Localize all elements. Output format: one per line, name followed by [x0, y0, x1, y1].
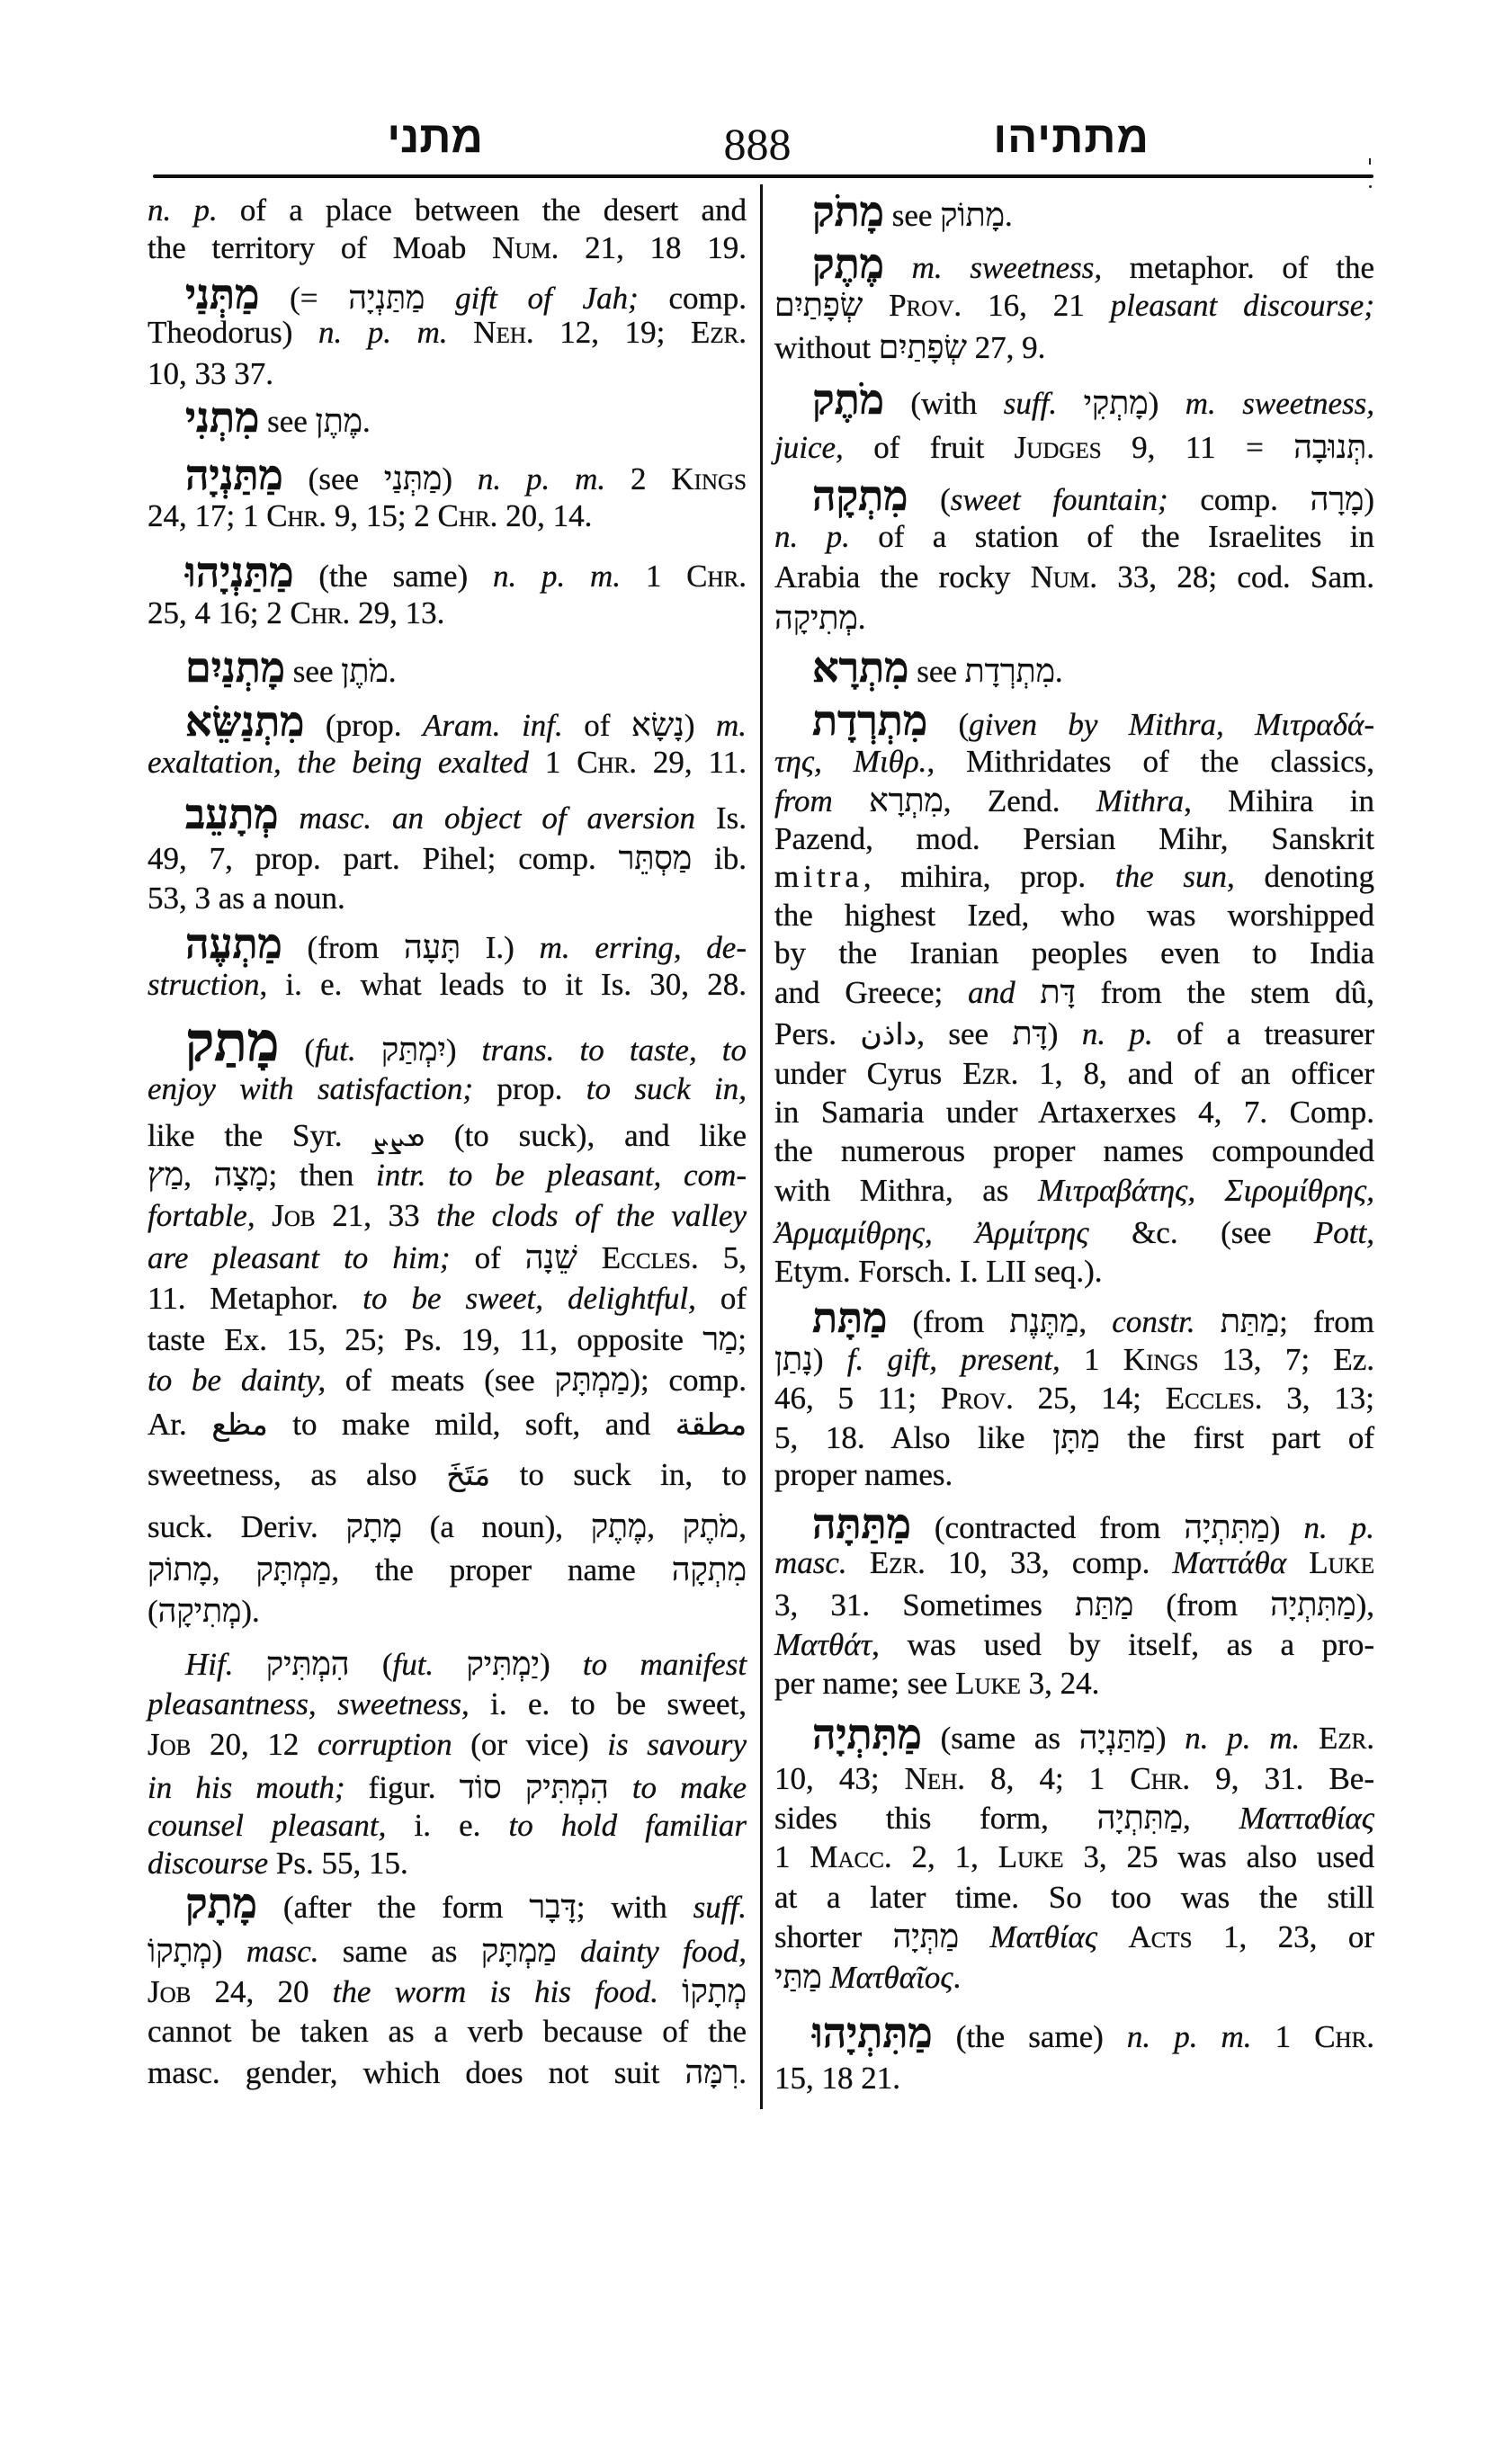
text-line: Ματθάτ, was used by itself, as a pro-	[774, 1625, 1374, 1665]
text-line: fortable, Job 21, 33 the clods of the va…	[148, 1196, 747, 1236]
hebrew-word: מָרָה	[1311, 481, 1364, 517]
text-line: sides this form, מַתִּתְיָה, Ματταθίας	[774, 1798, 1374, 1837]
text-line: and Greece; and דָּת from the stem dû,	[774, 972, 1374, 1012]
arabic-word: مَتَخَ	[446, 1457, 490, 1492]
italic-text: m. sweetness,	[912, 250, 1102, 285]
text-run: at a later time. So too was the still	[774, 1880, 1374, 1915]
text-line: exaltation, the being exalted 1 Chr. 29,…	[148, 743, 747, 782]
headword: מַתַּנְיָה	[185, 452, 283, 498]
text-run: Pers.	[774, 1016, 860, 1051]
text-line: cannot be taken as a verb because of the	[148, 2012, 747, 2052]
text-run: )	[1048, 1016, 1082, 1051]
text-line: 53, 3 as a noun.	[148, 879, 747, 918]
text-run: of a treasurer	[1153, 1016, 1374, 1051]
text-run: to make mild, soft, and	[268, 1407, 675, 1442]
text-run: the first part of	[1100, 1420, 1374, 1455]
text-run: , Mihira in	[1184, 783, 1374, 818]
text-run: , Zend.	[944, 783, 1096, 818]
headword: מִתְרְדָת	[812, 698, 927, 744]
text-line: masc. Ezr. 10, 33, comp. Ματτάθα Luke	[774, 1543, 1374, 1583]
text-run: 46, 5 11;	[774, 1381, 941, 1416]
entry-start-line: מַתָּת (from מַתֶּנֶת, constr. מַתַּת; f…	[774, 1299, 1374, 1338]
hebrew-word: מִתְרָא	[869, 782, 944, 818]
text-run: 10, 33, comp.	[926, 1545, 1173, 1580]
text-run	[833, 783, 869, 818]
italic-text: m. erring, de-	[540, 930, 747, 965]
italic-text: corruption	[318, 1727, 452, 1762]
italic-text: Pott,	[1314, 1215, 1374, 1250]
text-run: Pazend, mod. Persian Mihr, Sanskrit	[774, 821, 1374, 856]
italic-text: Ματθαῖος	[829, 1960, 953, 1995]
italic-text: Ματτάθα	[1173, 1545, 1287, 1580]
text-run: 1	[774, 1839, 810, 1874]
hebrew-word: מַר	[702, 1321, 738, 1357]
italic-text: Ἀρμαμίθρης, Ἀρμίτρης	[774, 1215, 1089, 1250]
text-run: the territory of Moab	[148, 230, 492, 265]
text-line: 25, 4 16; 2 Chr. 29, 13.	[148, 594, 747, 633]
text-run: .	[362, 404, 371, 439]
text-run: (the same)	[933, 2019, 1127, 2054]
italic-text: in his mouth;	[148, 1770, 344, 1805]
text-run: I.)	[461, 930, 540, 965]
entry-start-line: מִתְנִי see מֶתֶן.	[148, 398, 747, 438]
italic-text: dainty food,	[580, 1934, 747, 1969]
entry-start-line: מַתִּתְיָה (same as מַתַּנְיָה) n. p. m.…	[774, 1715, 1374, 1755]
text-run: proper names.	[774, 1457, 953, 1492]
text-run: 1, 23, or	[1193, 1919, 1374, 1954]
text-run: (	[350, 1647, 393, 1682]
text-run: ); comp.	[630, 1363, 747, 1398]
headword: מִתְרָא	[812, 645, 908, 691]
hebrew-word: מְתִיקָה	[774, 600, 858, 636]
text-run: .	[953, 1960, 962, 1995]
italic-text: n. p. m.	[478, 461, 605, 496]
text-run: , i. e. what leads to it Is. 30, 28.	[259, 967, 747, 1002]
italic-text: fortable,	[148, 1198, 255, 1233]
text-line: 10, 33 37.	[148, 354, 747, 394]
text-run: (same as	[922, 1721, 1079, 1756]
italic-text: and	[968, 975, 1015, 1010]
text-run: of a station of the Israelites in	[850, 519, 1374, 554]
text-line: 15, 18 21.	[774, 2059, 1374, 2098]
entry-start-line: מֶתֶק m. sweetness, metaphor. of the	[774, 245, 1374, 284]
italic-text: from	[774, 783, 833, 818]
italic-text: is savoury	[607, 1727, 747, 1762]
text-run: , was used by itself, as a pro-	[872, 1627, 1374, 1662]
text-run: 1	[1060, 1342, 1123, 1377]
text-line: enjoy with satisfaction; prop. to suck i…	[148, 1069, 747, 1109]
italic-text: Μιτραβάτης, Σιρομίθρης,	[1038, 1173, 1374, 1208]
text-run: of a place between the desert and	[218, 192, 747, 228]
entry-start-line: מַתַּנְיָה (see מַתְּנַי) n. p. m. 2 Kin…	[148, 456, 747, 496]
text-run: and Greece;	[774, 975, 968, 1010]
text-run	[609, 1770, 632, 1805]
text-run: 8, 4; 1	[965, 1761, 1130, 1796]
text-run: 9, 15; 2	[327, 498, 437, 533]
text-line: suck. Deriv. מָתָק (a noun), מֶתֶק, מֹתֶ…	[148, 1507, 747, 1546]
text-run: (=	[259, 281, 348, 316]
italic-text: the sun	[1115, 859, 1227, 894]
text-run: (	[927, 707, 969, 742]
text-run: Ps. 55, 15.	[268, 1846, 408, 1881]
text-run: 2, 1,	[892, 1839, 998, 1874]
text-run	[577, 1240, 602, 1275]
text-line: שְׂפָתַיִם Prov. 16, 21 pleasant discour…	[774, 285, 1374, 325]
text-line: 1 Macc. 2, 1, Luke 3, 25 was also used	[774, 1837, 1374, 1877]
text-run: ; from	[1279, 1304, 1374, 1339]
book-reference: Num.	[492, 230, 559, 265]
text-run: 3, 31. Sometimes	[774, 1587, 1075, 1623]
text-run: 15, 18 21.	[774, 2061, 900, 2096]
text-run: (from	[282, 930, 404, 965]
text-run	[1057, 386, 1083, 421]
text-run	[1286, 1545, 1309, 1580]
italic-text: given by Mithra, Μιτραδά-	[969, 707, 1374, 742]
text-line: per name; see Luke 3, 24.	[774, 1664, 1374, 1703]
headword: מַתִּתְיָה	[812, 1712, 922, 1757]
text-run: in Samaria under Artaxerxes 4, 7. Comp.	[774, 1095, 1374, 1130]
italic-text: Mithra	[1096, 783, 1184, 818]
text-line: n. p. of a place between the desert and	[148, 191, 747, 230]
text-run: (with	[884, 386, 1004, 421]
hebrew-word: תְּנוּבָה	[1293, 429, 1366, 465]
text-run	[959, 1919, 989, 1954]
entry-start-line: מְתָעֵב masc. an object of aversion Is.	[148, 795, 747, 835]
italic-text: pleasant discourse;	[1111, 288, 1374, 323]
headword: מַתַּנְיָהוּ	[185, 550, 294, 595]
text-run: under Cyrus	[774, 1056, 962, 1091]
italic-text: n. p.	[1082, 1016, 1153, 1051]
text-run	[1195, 1304, 1221, 1339]
text-run: see	[908, 654, 964, 689]
hebrew-word: מַמְתָּק	[554, 1362, 630, 1398]
text-run: sweetness, as also	[148, 1457, 446, 1492]
book-reference: Eccles.	[1166, 1381, 1263, 1416]
hebrew-word: שְׂפָתַיִם	[879, 329, 967, 365]
text-run: the numerous proper names compounded	[774, 1133, 1374, 1168]
arabic-word: مظع	[211, 1407, 267, 1442]
hebrew-word: מַץ	[148, 1157, 183, 1193]
text-line: by the Iranian peoples even to India	[774, 934, 1374, 973]
text-run: 25, 14;	[1014, 1381, 1166, 1416]
text-line: taste Ex. 15, 25; Ps. 19, 11, opposite מ…	[148, 1319, 747, 1359]
italic-text: are pleasant to him;	[148, 1240, 451, 1275]
text-run: 1	[621, 559, 686, 594]
book-reference: Ezr.	[870, 1545, 926, 1580]
text-run: 3, 13;	[1263, 1381, 1374, 1416]
book-reference: Chr.	[1130, 1761, 1190, 1796]
text-run: )	[540, 1647, 583, 1682]
text-run: without	[774, 330, 879, 365]
entry-start-line: מָתָק (after the form דָּבָר; with suff.	[148, 1884, 747, 1924]
text-run: .	[389, 654, 397, 689]
text-run: ,	[183, 1158, 214, 1193]
text-run: ).	[241, 1594, 259, 1629]
text-run: Ar.	[148, 1407, 211, 1442]
italic-text: Ματταθίας	[1239, 1801, 1374, 1836]
headword: מָתָק	[185, 1881, 257, 1927]
italic-text: juice,	[774, 430, 844, 465]
headword: מַתַּתָּה	[812, 1501, 911, 1547]
text-line: juice, of fruit Judges 9, 11 = תְּנוּבָה…	[774, 427, 1374, 467]
text-line: מַץ, מָצָה; then intr. to be pleasant, c…	[148, 1155, 747, 1194]
entry-start-line: מַתַּתָּה (contracted from מַתִּתְיָה) n…	[774, 1505, 1374, 1544]
entry-start-line: מִתְרְדָת (given by Mithra, Μιτραδά-	[774, 702, 1374, 741]
text-line: Theodorus) n. p. m. Neh. 12, 19; Ezr.	[148, 313, 747, 353]
italic-text: masc.	[246, 1934, 319, 1969]
text-run: comp.	[1168, 482, 1311, 517]
text-run: 9, 11 =	[1102, 430, 1294, 465]
right-column: מָתֹק see מָתוֹק. מֶתֶק m. sweetness, me…	[774, 0, 1374, 2450]
text-run: with Mithra, as	[774, 1173, 1038, 1208]
hebrew-word: מִתְקָה	[672, 1551, 747, 1587]
text-run: 20, 14.	[497, 498, 592, 533]
text-run: the highest Ized, who was worshipped	[774, 898, 1374, 933]
italic-text: counsel pleasant,	[148, 1808, 386, 1843]
hebrew-word: תָּעָה	[404, 929, 461, 965]
text-run: suck. Deriv.	[148, 1509, 345, 1544]
text-run: )	[1270, 1510, 1304, 1545]
italic-text: n. p. m.	[493, 559, 621, 594]
entry-start-line: מַתִּתְיָהוּ (the same) n. p. m. 1 Chr.	[774, 2014, 1374, 2053]
entry-start-line: מִתְרָא see מִתְרְדָת.	[774, 648, 1374, 688]
italic-text: suff.	[693, 1890, 747, 1925]
text-run: ib.	[692, 841, 747, 876]
text-run: comp.	[639, 281, 747, 316]
hebrew-word: נָשָׂא	[631, 707, 684, 743]
text-line: discourse Ps. 55, 15.	[148, 1844, 747, 1883]
text-run	[1300, 1721, 1319, 1756]
text-run: )	[1156, 1721, 1185, 1756]
text-run	[434, 1647, 466, 1682]
italic-text: sweet fountain;	[951, 482, 1168, 517]
text-run	[1015, 975, 1041, 1010]
italic-text: enjoy with satisfaction;	[148, 1071, 473, 1106]
text-run: (from	[887, 1304, 1009, 1339]
text-line: מַתַּי Ματθαῖος.	[774, 1957, 1374, 1997]
headword: מַתִּתְיָהוּ	[812, 2010, 933, 2056]
headword: מָתֹק	[812, 189, 884, 235]
hebrew-word: מֶתֶן	[316, 403, 362, 439]
text-run: (to suck), and like	[425, 1118, 747, 1153]
entry-start-line: Hif. הִמְתִּיק (fut. יַמְתִּיק) to manif…	[148, 1644, 747, 1684]
text-line: Pazend, mod. Persian Mihr, Sanskrit	[774, 819, 1374, 859]
book-reference: Luke	[998, 1839, 1064, 1874]
text-line: in Samaria under Artaxerxes 4, 7. Comp.	[774, 1093, 1374, 1132]
italic-text: n. p.	[1303, 1510, 1374, 1545]
text-run: )	[442, 461, 478, 496]
hebrew-word: מַסְתֵּר	[619, 840, 692, 876]
text-run: to suck in, to	[490, 1457, 747, 1492]
text-run: 29, 13.	[350, 595, 444, 630]
italic-text: to hold familiar	[509, 1808, 747, 1843]
hebrew-word: מַתַּנְיָה	[1079, 1720, 1156, 1756]
book-reference: Neh.	[905, 1761, 965, 1796]
entry-start-line: מִתְנַשֵּׂא (prop. Aram. inf. of נָשָׂא)…	[148, 702, 747, 742]
text-line: Ἀρμαμίθρης, Ἀρμίτρης &c. (see Pott,	[774, 1213, 1374, 1253]
book-reference: Chr.	[438, 498, 498, 533]
text-line: Etym. Forsch. I. LII seq.).	[774, 1252, 1374, 1292]
italic-text: gift of Jah;	[455, 281, 639, 316]
italic-text: της, Μιθρ.	[774, 744, 926, 779]
book-reference: Eccles.	[602, 1240, 699, 1275]
text-run: (	[279, 1033, 315, 1068]
text-run	[279, 800, 300, 836]
text-run: of	[563, 708, 631, 743]
book-reference: Acts	[1128, 1919, 1192, 1954]
italic-text: to be dainty,	[148, 1363, 326, 1398]
book-reference: Prov.	[889, 288, 962, 323]
hebrew-word: מַתֶּנֶת	[1009, 1303, 1078, 1339]
headword: מַתְּנַי	[185, 272, 259, 317]
text-run: ; with	[577, 1890, 693, 1925]
text-run: ; then	[269, 1158, 376, 1193]
text-run: 49, 7, prop. part. Pihel; comp.	[148, 841, 619, 876]
text-line: מָתוֹק, מַמְתָּק, the proper name מִתְקָ…	[148, 1550, 747, 1589]
hebrew-word: מְתָקוֹ	[682, 1973, 747, 2009]
italic-text: f. gift, present,	[847, 1342, 1060, 1377]
text-line: the numerous proper names compounded	[774, 1131, 1374, 1171]
text-line: counsel pleasant, i. e. to hold familiar	[148, 1806, 747, 1846]
hebrew-word: מָתוֹק	[940, 197, 1005, 233]
hebrew-word: דָּת	[1012, 1015, 1047, 1051]
hebrew-word: מְתִיקָה	[158, 1593, 242, 1629]
headword: מַתְעֶה	[185, 921, 282, 967]
text-run: i. e.	[386, 1808, 508, 1843]
italic-text: to manifest	[583, 1647, 747, 1682]
italic-text: n. p.	[148, 192, 218, 228]
italic-text: to be sweet, delightful,	[362, 1281, 696, 1316]
text-run: from the stem dû,	[1076, 975, 1374, 1010]
book-reference: Chr.	[1314, 2019, 1374, 2054]
italic-text: m. sweetness,	[1185, 386, 1374, 421]
headword: מִתְנִי	[185, 395, 259, 441]
text-run: (contracted from	[911, 1510, 1185, 1545]
italic-text: pleasantness, sweetness,	[148, 1686, 470, 1721]
text-run: shorter	[774, 1919, 893, 1954]
entry-start-line: מִתְקָה (sweet fountain; comp. מָרָה)	[774, 477, 1374, 516]
text-run: 3, 25 was also used	[1063, 1839, 1374, 1874]
text-line: Pers. داذن, see דָּת) n. p. of a treasur…	[774, 1014, 1374, 1053]
text-run: )	[813, 1342, 847, 1377]
root-headword: מָתַק	[185, 1013, 279, 1072]
headword: מֹתֶק	[812, 377, 884, 423]
italic-text: masc.	[774, 1545, 847, 1580]
headword: מָתְנַיִם	[185, 645, 285, 691]
text-run: (a noun),	[402, 1509, 591, 1544]
text-line: to be dainty, of meats (see מַמְתָּק); c…	[148, 1360, 747, 1399]
text-run: )	[446, 1033, 482, 1068]
text-line: נָתַן) f. gift, present, 1 Kings 13, 7; …	[774, 1339, 1374, 1379]
text-run: 24, 17; 1	[148, 498, 266, 533]
italic-text: exaltation, the being exalted	[148, 745, 529, 780]
text-run	[884, 250, 912, 285]
text-line: 3, 31. Sometimes מַתַּת (from מַתִּתְיָה…	[774, 1585, 1374, 1624]
text-line: under Cyrus Ezr. 1, 8, and of an officer	[774, 1054, 1374, 1094]
text-run: ,	[647, 1509, 682, 1544]
text-run: )	[1149, 386, 1185, 421]
text-line: without שְׂפָתַיִם 27, 9.	[774, 327, 1374, 367]
hebrew-word: מַתַּת	[1075, 1587, 1133, 1623]
arabic-word: مطقة	[675, 1407, 747, 1442]
text-run: 27, 9.	[967, 330, 1046, 365]
text-run: 1	[529, 745, 577, 780]
text-line: n. p. of a station of the Israelites in	[774, 517, 1374, 557]
book-reference: Ezr.	[1319, 1721, 1374, 1756]
text-run: , Mithridates of the classics,	[926, 744, 1374, 779]
text-line: like the Syr. ܡܨܨ (to suck), and like	[148, 1116, 747, 1156]
book-reference: Job	[148, 1974, 191, 2009]
text-run: taste Ex. 15, 25; Ps. 19, 11, opposite	[148, 1322, 702, 1357]
headword: מְתָעֵב	[185, 791, 279, 837]
text-run	[847, 1545, 870, 1580]
text-line: sweetness, as also مَتَخَ to suck in, to	[148, 1455, 747, 1495]
hebrew-word: יִמְתַּק	[381, 1032, 446, 1068]
text-line: masc. gender, which does not suit רִמָּה…	[148, 2052, 747, 2092]
text-run: (after the form	[257, 1890, 529, 1925]
text-run: ,	[212, 1552, 256, 1587]
text-line: struction, i. e. what leads to it Is. 30…	[148, 965, 747, 1005]
hebrew-word: מִתְרְדָת	[965, 653, 1055, 689]
text-run: (from	[1133, 1587, 1270, 1623]
text-run: 5,	[699, 1240, 747, 1275]
text-line: from מִתְרָא, Zend. Mithra, Mihira in	[774, 781, 1374, 820]
text-run: 10, 43;	[774, 1761, 905, 1796]
text-run: 29, 11.	[637, 745, 747, 780]
hebrew-word: מָתוֹק	[148, 1551, 212, 1587]
text-run	[255, 1198, 273, 1233]
hebrew-word: מֹתֶק	[683, 1508, 739, 1544]
text-run: cannot be taken as a verb because of the	[148, 2014, 747, 2049]
entry-start-line: מַתְּנַי (= מַתַּנְיָה gift of Jah; comp…	[148, 275, 747, 315]
text-run: 53, 3 as a noun.	[148, 881, 345, 916]
text-run: , denoting	[1227, 859, 1374, 894]
entry-start-line: מָתְנַיִם see מֹתֶן.	[148, 648, 747, 688]
text-line: Arabia the rocky Num. 33, 28; cod. Sam.	[774, 558, 1374, 597]
text-run: ),	[1356, 1587, 1374, 1623]
book-reference: Luke	[955, 1666, 1021, 1701]
lexicon-page: מתני 888 מתתיהו n. p. of a place between…	[0, 0, 1512, 2450]
text-run: 25, 4 16; 2	[148, 595, 290, 630]
text-run: 1	[1252, 2019, 1315, 2054]
text-run: 12, 19;	[534, 315, 691, 350]
text-run: see	[884, 198, 940, 233]
text-line: (מְתִיקָה).	[148, 1591, 747, 1631]
text-run: .	[738, 2055, 747, 2090]
text-run: 21, 18 19.	[559, 230, 747, 265]
arabic-word: داذن	[860, 1016, 917, 1051]
text-run: figur.	[344, 1770, 459, 1805]
text-line: της, Μιθρ., Mithridates of the classics,	[774, 742, 1374, 782]
text-run: see	[259, 404, 315, 439]
text-run: 2	[605, 461, 671, 496]
hebrew-word: מַתַּת	[1221, 1303, 1279, 1339]
hebrew-word: דָּבָר	[529, 1889, 576, 1925]
text-run: 3, 24.	[1021, 1666, 1100, 1701]
hebrew-word: מֶתֶק	[591, 1508, 648, 1544]
text-run: 16, 21	[962, 288, 1111, 323]
text-line: the highest Ized, who was worshipped	[774, 896, 1374, 935]
hebrew-word: שֵׁנָה	[525, 1239, 577, 1275]
text-run: same as	[319, 1934, 481, 1969]
syriac-word: ܡܨܨ	[371, 1122, 425, 1153]
text-line: are pleasant to him; of שֵׁנָה Eccles. 5…	[148, 1238, 747, 1277]
hebrew-word: מָתְקִי	[1084, 385, 1149, 421]
text-run: (the same)	[294, 559, 493, 594]
text-run: (or vice)	[452, 1727, 608, 1762]
text-run: Etym. Forsch. I. LII seq.).	[774, 1254, 1103, 1289]
hebrew-word: הִמְתִּיק	[266, 1646, 350, 1682]
